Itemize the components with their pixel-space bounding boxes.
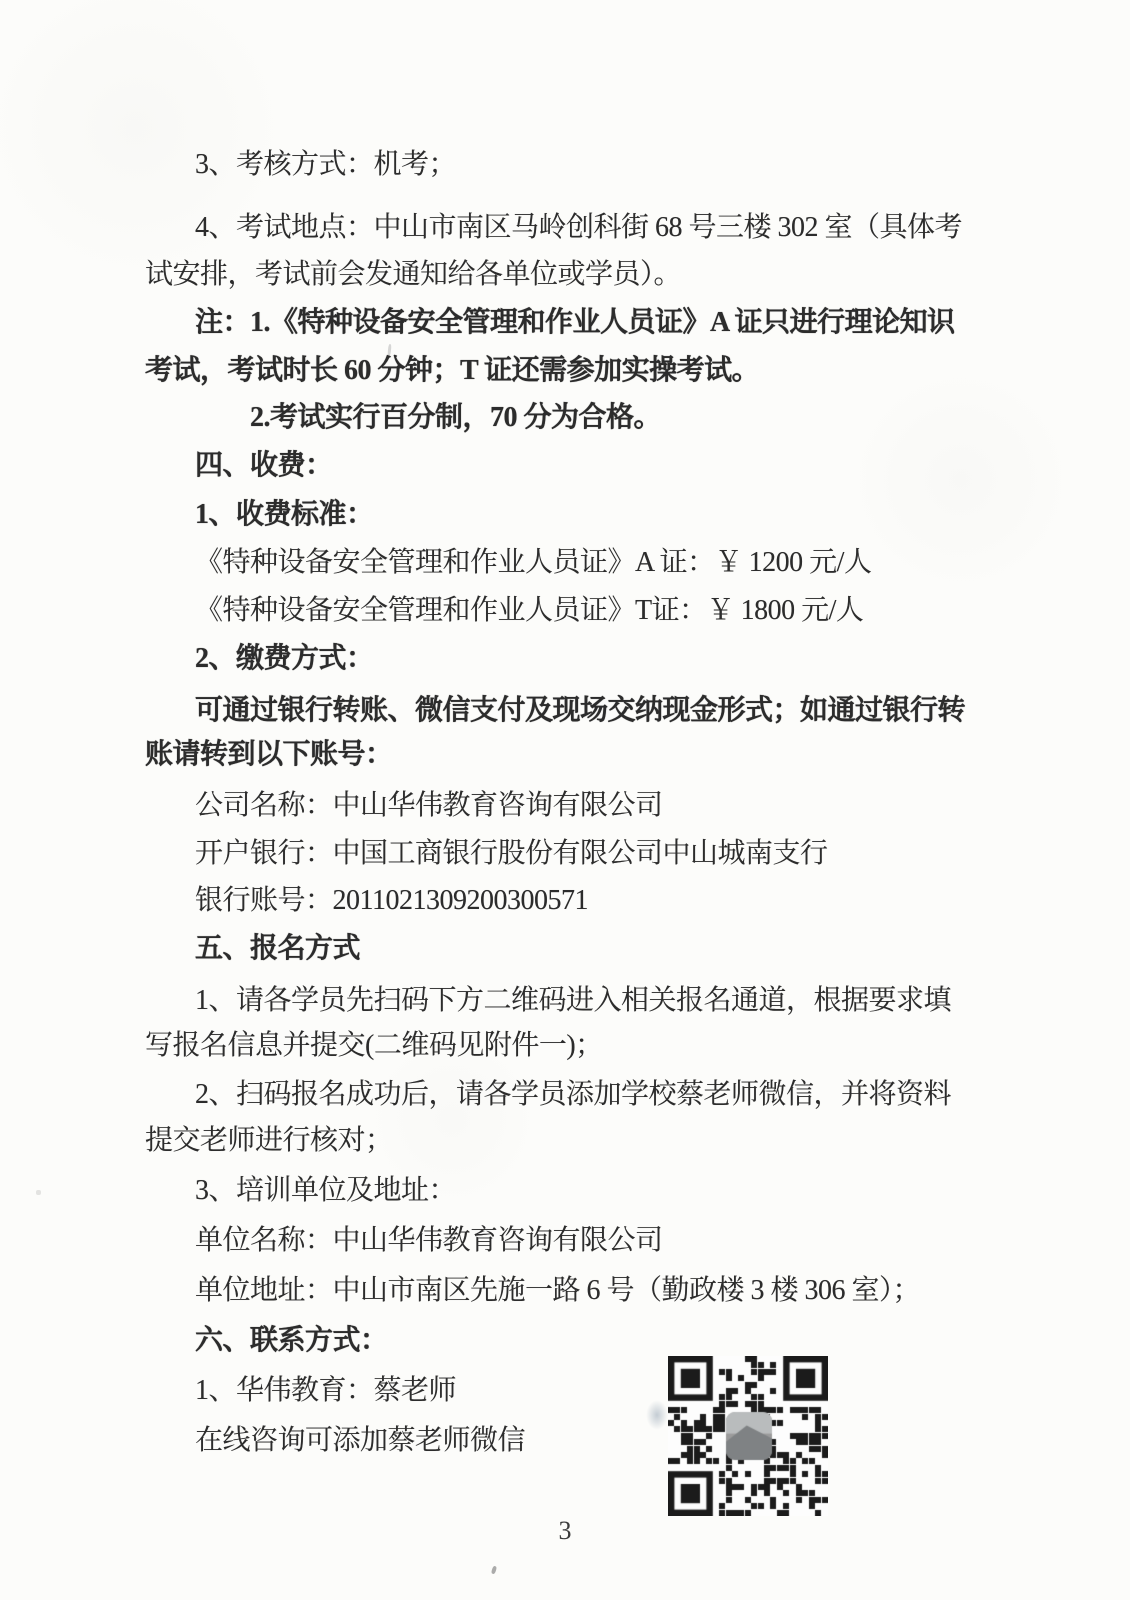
- text-line: 2、缴费方式：: [195, 636, 374, 676]
- text-line: 开户银行：中国工商银行股份有限公司中山城南支行: [195, 831, 828, 871]
- text-line: 1、请各学员先扫码下方二维码进入相关报名通道，根据要求填: [195, 978, 951, 1018]
- text-line: 1、华伟教育：蔡老师: [195, 1368, 456, 1408]
- text-line: 2、扫码报名成功后，请各学员添加学校蔡老师微信，并将资料: [195, 1072, 951, 1112]
- text-line: 单位名称：中山华伟教育咨询有限公司: [195, 1218, 663, 1258]
- scan-speck: [491, 1566, 497, 1575]
- scan-speck: [36, 1190, 41, 1195]
- text-line: 3、培训单位及地址：: [195, 1168, 456, 1208]
- text-line: 4、考试地点：中山市南区马岭创科街 68 号三楼 302 室（具体考: [195, 205, 962, 245]
- text-line: 2.考试实行百分制，70 分为合格。: [250, 395, 661, 435]
- text-line: 公司名称：中山华伟教育咨询有限公司: [195, 783, 663, 823]
- document-page: 3、考核方式：机考；4、考试地点：中山市南区马岭创科街 68 号三楼 302 室…: [0, 0, 1130, 1600]
- text-line: 单位地址：中山市南区先施一路 6 号（勤政楼 3 楼 306 室）；: [195, 1268, 920, 1308]
- text-line: 考试，考试时长 60 分钟；T 证还需参加实操考试。: [145, 348, 759, 388]
- text-line: 3、考核方式：机考；: [195, 142, 456, 182]
- text-line: 注：1.《特种设备安全管理和作业人员证》A 证只进行理论知识: [195, 300, 955, 340]
- text-line: 四、收费：: [195, 443, 333, 483]
- text-line: 提交老师进行核对；: [145, 1118, 393, 1158]
- text-line: 银行账号：2011021309200300571: [195, 878, 588, 918]
- text-line: 《特种设备安全管理和作业人员证》A 证：￥ 1200 元/人: [195, 540, 871, 580]
- text-line: 写报名信息并提交(二维码见附件一)；: [145, 1023, 603, 1063]
- wechat-qr-code: [668, 1356, 828, 1516]
- text-line: 可通过银行转账、微信支付及现场交纳现金形式；如通过银行转: [195, 688, 965, 728]
- page-number: 3: [0, 1516, 1130, 1546]
- text-line: 试安排，考试前会发通知给各单位或学员）。: [145, 252, 681, 292]
- text-line: 账请转到以下账号：: [145, 732, 393, 772]
- text-line: 在线咨询可添加蔡老师微信: [195, 1418, 525, 1458]
- scan-smudge: [646, 1400, 668, 1430]
- text-line: 《特种设备安全管理和作业人员证》T证：￥ 1800 元/人: [195, 588, 863, 628]
- text-line: 六、联系方式：: [195, 1318, 388, 1358]
- text-line: 1、收费标准：: [195, 492, 374, 532]
- text-line: 五、报名方式: [195, 926, 360, 966]
